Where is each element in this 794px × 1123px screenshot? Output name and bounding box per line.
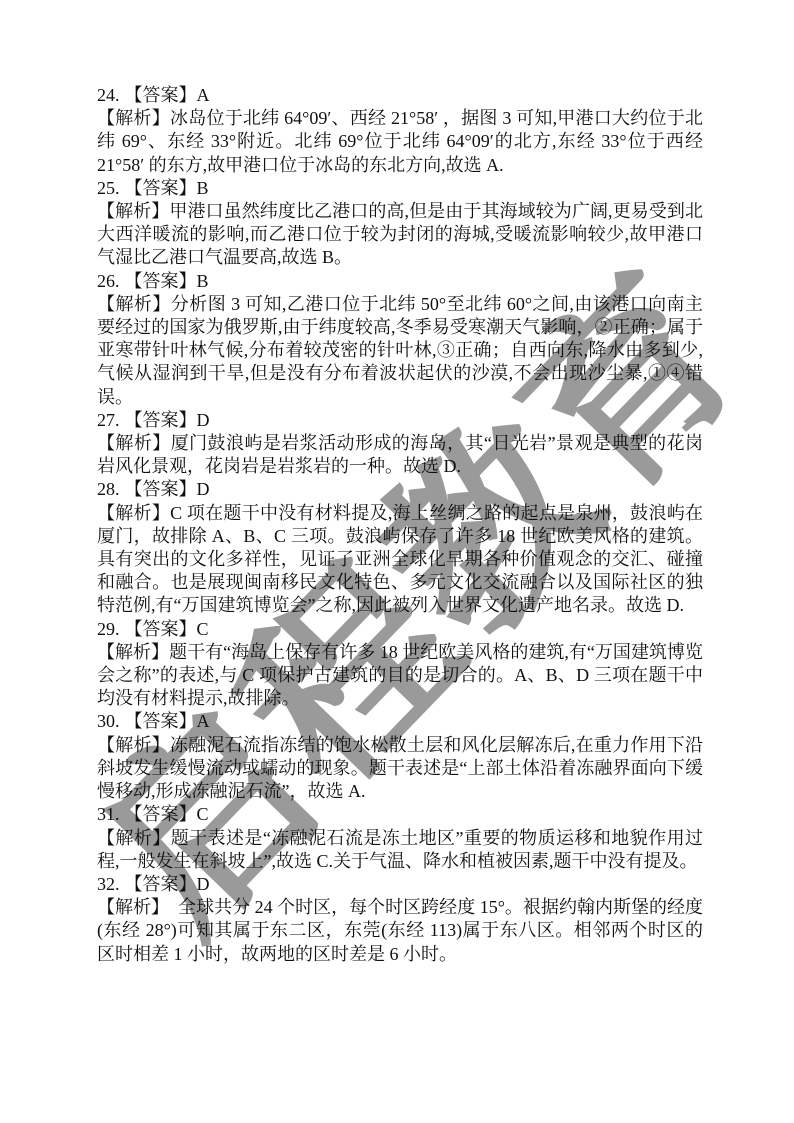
answer-value: D xyxy=(197,874,210,894)
analysis-text: 冰岛位于北纬 64°09′、西经 21°58′ ，据图 3 可知,甲港口大约位于… xyxy=(97,108,703,174)
answer-item-28: 28.【答案】D 【解析】C 项在题干中没有材料提及,海上丝绸之路的起点是泉州，… xyxy=(97,478,703,617)
answer-item-26: 26.【答案】B 【解析】分析图 3 可知,乙港口位于北纬 50°至北纬 60°… xyxy=(97,270,703,409)
answer-line: 25.【答案】B xyxy=(97,177,703,200)
analysis-paragraph: 【解析】题干有“海岛上保存有许多 18 世纪欧美风格的建筑,有“万国建筑博览会之… xyxy=(97,641,703,711)
analysis-label: 【解析】 xyxy=(97,642,169,662)
answer-item-24: 24.【答案】A 【解析】冰岛位于北纬 64°09′、西经 21°58′ ，据图… xyxy=(97,84,703,177)
analysis-label: 【解析】 xyxy=(97,294,171,314)
analysis-label: 【解析】 xyxy=(97,897,160,917)
question-number: 27. xyxy=(97,409,120,432)
analysis-text: 全球共分 24 个时区，每个时区跨经度 15°。裉据约翰内斯堡的经度(东经 28… xyxy=(97,897,703,963)
answer-value: D xyxy=(197,410,210,430)
analysis-text: 厦门鼓浪屿是岩浆活动形成的海岛，其“日光岩”景观是典型的花岗岩风化景观，花岗岩是… xyxy=(97,433,703,476)
analysis-paragraph: 【解析】甲港口虽然纬度比乙港口的高,但是由于其海域较为广阔,更易受到北大西洋暖流… xyxy=(97,200,703,270)
analysis-paragraph: 【解析】C 项在题干中没有材料提及,海上丝绸之路的起点是泉州，鼓浪屿在厦门，故排… xyxy=(97,502,703,618)
question-number: 24. xyxy=(97,84,120,107)
question-number: 29. xyxy=(97,618,120,641)
answer-line: 28.【答案】D xyxy=(97,478,703,501)
analysis-paragraph: 【解析】题干表述是“冻融泥石流是冻土地区”重要的物质运移和地貌作用过程,一般发生… xyxy=(97,827,703,873)
answer-label: 【答案】 xyxy=(125,874,197,894)
question-number: 28. xyxy=(97,478,120,501)
analysis-label: 【解析】 xyxy=(97,735,170,755)
answer-line: 31.【答案】C xyxy=(97,803,703,826)
analysis-label: 【解析】 xyxy=(97,108,170,128)
analysis-text: 甲港口虽然纬度比乙港口的高,但是由于其海域较为广阔,更易受到北大西洋暖流的影响,… xyxy=(97,201,703,267)
analysis-paragraph: 【解析】冰岛位于北纬 64°09′、西经 21°58′ ，据图 3 可知,甲港口… xyxy=(97,107,703,177)
answer-line: 24.【答案】A xyxy=(97,84,703,107)
answer-label: 【答案】 xyxy=(125,85,197,105)
answer-label: 【答案】 xyxy=(125,271,197,291)
answer-item-32: 32.【答案】D 【解析】 全球共分 24 个时区，每个时区跨经度 15°。裉据… xyxy=(97,873,703,966)
answer-item-25: 25.【答案】B 【解析】甲港口虽然纬度比乙港口的高,但是由于其海域较为广阔,更… xyxy=(97,177,703,270)
analysis-paragraph: 【解析】厦门鼓浪屿是岩浆活动形成的海岛，其“日光岩”景观是典型的花岗岩风化景观，… xyxy=(97,432,703,478)
answer-label: 【答案】 xyxy=(125,410,197,430)
analysis-text: 题干有“海岛上保存有许多 18 世纪欧美风格的建筑,有“万国建筑博览会之称”的表… xyxy=(97,642,703,708)
answer-item-27: 27.【答案】D 【解析】厦门鼓浪屿是岩浆活动形成的海岛，其“日光岩”景观是典型… xyxy=(97,409,703,479)
answer-value: C xyxy=(197,619,209,639)
answer-value: C xyxy=(197,804,209,824)
answer-label: 【答案】 xyxy=(125,479,197,499)
question-number: 32. xyxy=(97,873,120,896)
analysis-label: 【解析】 xyxy=(97,201,169,221)
answer-line: 27.【答案】D xyxy=(97,409,703,432)
answer-label: 【答案】 xyxy=(125,711,197,731)
answer-label: 【答案】 xyxy=(125,804,197,824)
answer-item-29: 29.【答案】C 【解析】题干有“海岛上保存有许多 18 世纪欧美风格的建筑,有… xyxy=(97,618,703,711)
answer-item-30: 30.【答案】A 【解析】冻融泥石流指冻结的饱水松散土层和风化层解冻后,在重力作… xyxy=(97,710,703,803)
question-number: 31. xyxy=(97,803,120,826)
answer-label: 【答案】 xyxy=(125,178,197,198)
analysis-text: 冻融泥石流指冻结的饱水松散土层和风化层解冻后,在重力作用下沿斜坡发生缓慢流动或蠕… xyxy=(97,735,703,801)
analysis-label: 【解析】 xyxy=(97,433,171,453)
answer-item-31: 31.【答案】C 【解析】题干表述是“冻融泥石流是冻土地区”重要的物质运移和地貌… xyxy=(97,803,703,873)
analysis-paragraph: 【解析】分析图 3 可知,乙港口位于北纬 50°至北纬 60°之间,由该港口向南… xyxy=(97,293,703,409)
analysis-paragraph: 【解析】 全球共分 24 个时区，每个时区跨经度 15°。裉据约翰内斯堡的经度(… xyxy=(97,896,703,966)
answer-value: B xyxy=(197,178,209,198)
document-page: 启程教育 24.【答案】A 【解析】冰岛位于北纬 64°09′、西经 21°58… xyxy=(0,0,794,1123)
answer-line: 26.【答案】B xyxy=(97,270,703,293)
answer-line: 29.【答案】C xyxy=(97,618,703,641)
answer-line: 32.【答案】D xyxy=(97,873,703,896)
analysis-text: 分析图 3 可知,乙港口位于北纬 50°至北纬 60°之间,由该港口向南主要经过… xyxy=(97,294,703,407)
analysis-text: 题干表述是“冻融泥石流是冻土地区”重要的物质运移和地貌作用过程,一般发生在斜坡上… xyxy=(97,828,703,871)
answer-key-content: 24.【答案】A 【解析】冰岛位于北纬 64°09′、西经 21°58′ ，据图… xyxy=(97,84,703,966)
answer-value: A xyxy=(197,85,210,105)
answer-value: D xyxy=(197,479,210,499)
question-number: 30. xyxy=(97,710,120,733)
question-number: 26. xyxy=(97,270,120,293)
analysis-label: 【解析】 xyxy=(97,503,170,523)
analysis-label: 【解析】 xyxy=(97,828,171,848)
analysis-paragraph: 【解析】冻融泥石流指冻结的饱水松散土层和风化层解冻后,在重力作用下沿斜坡发生缓慢… xyxy=(97,734,703,804)
answer-value: A xyxy=(197,711,210,731)
answer-line: 30.【答案】A xyxy=(97,710,703,733)
analysis-text: C 项在题干中没有材料提及,海上丝绸之路的起点是泉州，鼓浪屿在厦门，故排除 A、… xyxy=(97,503,703,616)
answer-value: B xyxy=(197,271,209,291)
question-number: 25. xyxy=(97,177,120,200)
answer-label: 【答案】 xyxy=(125,619,197,639)
